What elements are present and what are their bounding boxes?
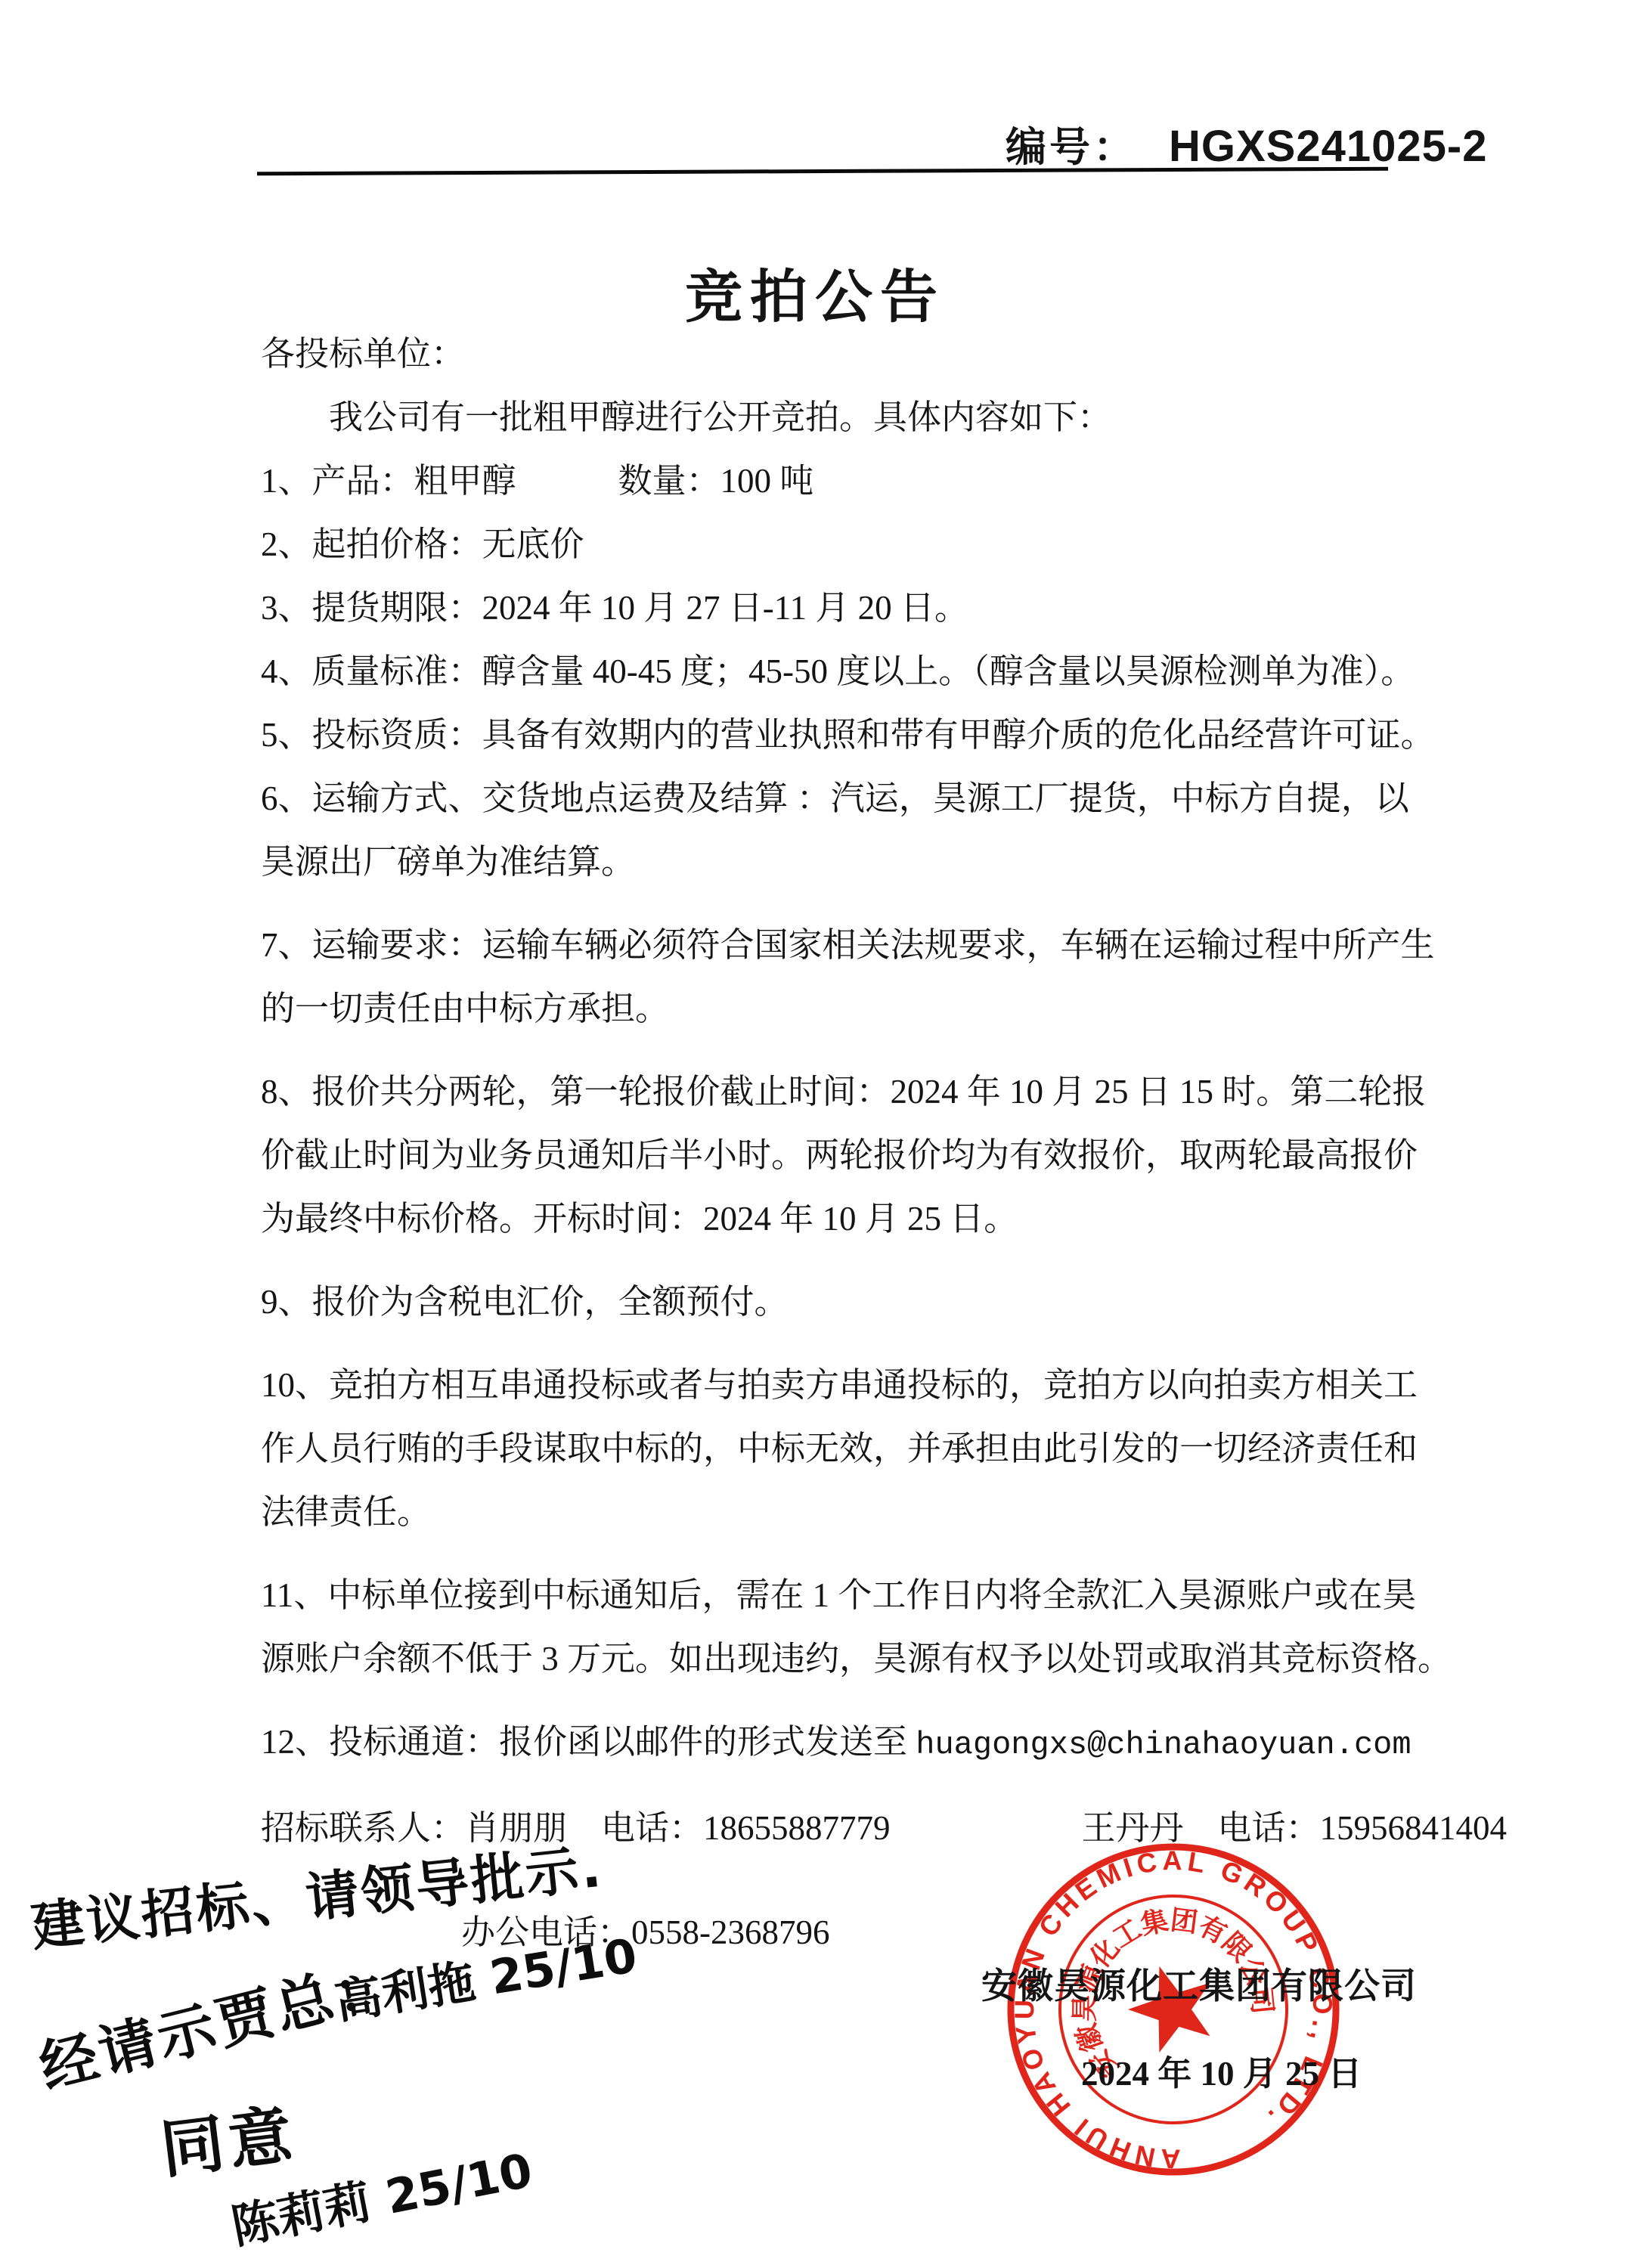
body-line-item6-1: 6、运输方式、交货地点运费及结算 ：汽运，昊源工厂提货，中标方自提，以 (261, 767, 1507, 830)
signoff-company-name: 安徽昊源化工集团有限公司 (981, 1958, 1390, 2009)
doc-number-row: 编号： HGXS241025-2 (1006, 115, 1487, 173)
body-line-item8-1: 8、报价共分两轮，第一轮报价截止时间：2024 年 10 月 25 日 15 时… (261, 1060, 1507, 1123)
doc-number-label: 编号： (1006, 115, 1137, 173)
body-line-item11-2: 源账户余额不低于 3 万元。如出现违约，昊源有权予以处罚或取消其竞标资格。 (261, 1627, 1507, 1690)
item12-text: 12、投标通道：报价函以邮件的形式发送至 (261, 1723, 916, 1761)
body-line-item1: 1、产品：粗甲醇 数量：100 吨 (261, 449, 1507, 513)
body-line-item11-1: 11、中标单位接到中标通知后，需在 1 个工作日内将全款汇入昊源账户或在昊 (261, 1563, 1507, 1627)
body-line-item10-3: 法律责任。 (261, 1480, 1507, 1544)
doc-number-value: HGXS241025-2 (1169, 121, 1487, 172)
body-line-intro: 我公司有一批粗甲醇进行公开竞拍。具体内容如下： (261, 386, 1507, 449)
body-line-item7-1: 7、运输要求：运输车辆必须符合国家相关法规要求，车辆在运输过程中所产生 (261, 913, 1507, 977)
body-line-item4: 4、质量标准：醇含量 40-45 度；45-50 度以上。（醇含量以昊源检测单为… (261, 640, 1507, 703)
scanned-document-page: 编号： HGXS241025-2 竞拍公告 各投标单位： 我公司有一批粗甲醇进行… (0, 0, 1630, 2268)
handwritten-approval-agree: 同意 (155, 2084, 301, 2191)
signoff-date: 2024 年 10 月 25 日 (1081, 2046, 1362, 2095)
body-line-item6-2: 昊源出厂磅单为准结算。 (261, 830, 1507, 894)
body-line-item10-1: 10、竞拍方相互串通投标或者与拍卖方串通投标的，竞拍方以向拍卖方相关工 (261, 1353, 1507, 1417)
body-line-item8-2: 价截止时间为业务员通知后半小时。两轮报价均为有效报价，取两轮最高报价 (261, 1123, 1507, 1187)
handwritten-note-ask-approval: 经请示贾总： (30, 1937, 402, 2105)
body-line-item7-2: 的一切责任由中标方承担。 (261, 977, 1507, 1040)
body-line-salutation: 各投标单位： (261, 322, 1507, 386)
bid-email-address: huagongxs@chinahaoyuan.com (916, 1727, 1411, 1763)
body-line-item5: 5、投标资质：具备有效期内的营业执照和带有甲醇介质的危化品经营许可证。 (261, 703, 1507, 767)
body-line-item12: 12、投标通道：报价函以邮件的形式发送至 huagongxs@chinahaoy… (261, 1710, 1507, 1777)
body-line-item9: 9、报价为含税电汇价，全额预付。 (261, 1270, 1507, 1334)
body-line-item3: 3、提货期限：2024 年 10 月 27 日-11 月 20 日。 (261, 576, 1507, 640)
page-title: 竞拍公告 (0, 251, 1630, 333)
document-body: 各投标单位： 我公司有一批粗甲醇进行公开竞拍。具体内容如下： 1、产品：粗甲醇 … (261, 322, 1507, 1964)
body-line-item2: 2、起拍价格：无底价 (261, 513, 1507, 576)
header-underline (257, 167, 1388, 176)
body-line-item10-2: 作人员行贿的手段谋取中标的，中标无效，并承担由此引发的一切经济责任和 (261, 1417, 1507, 1480)
body-line-item8-3: 为最终中标价格。开标时间：2024 年 10 月 25 日。 (261, 1187, 1507, 1250)
